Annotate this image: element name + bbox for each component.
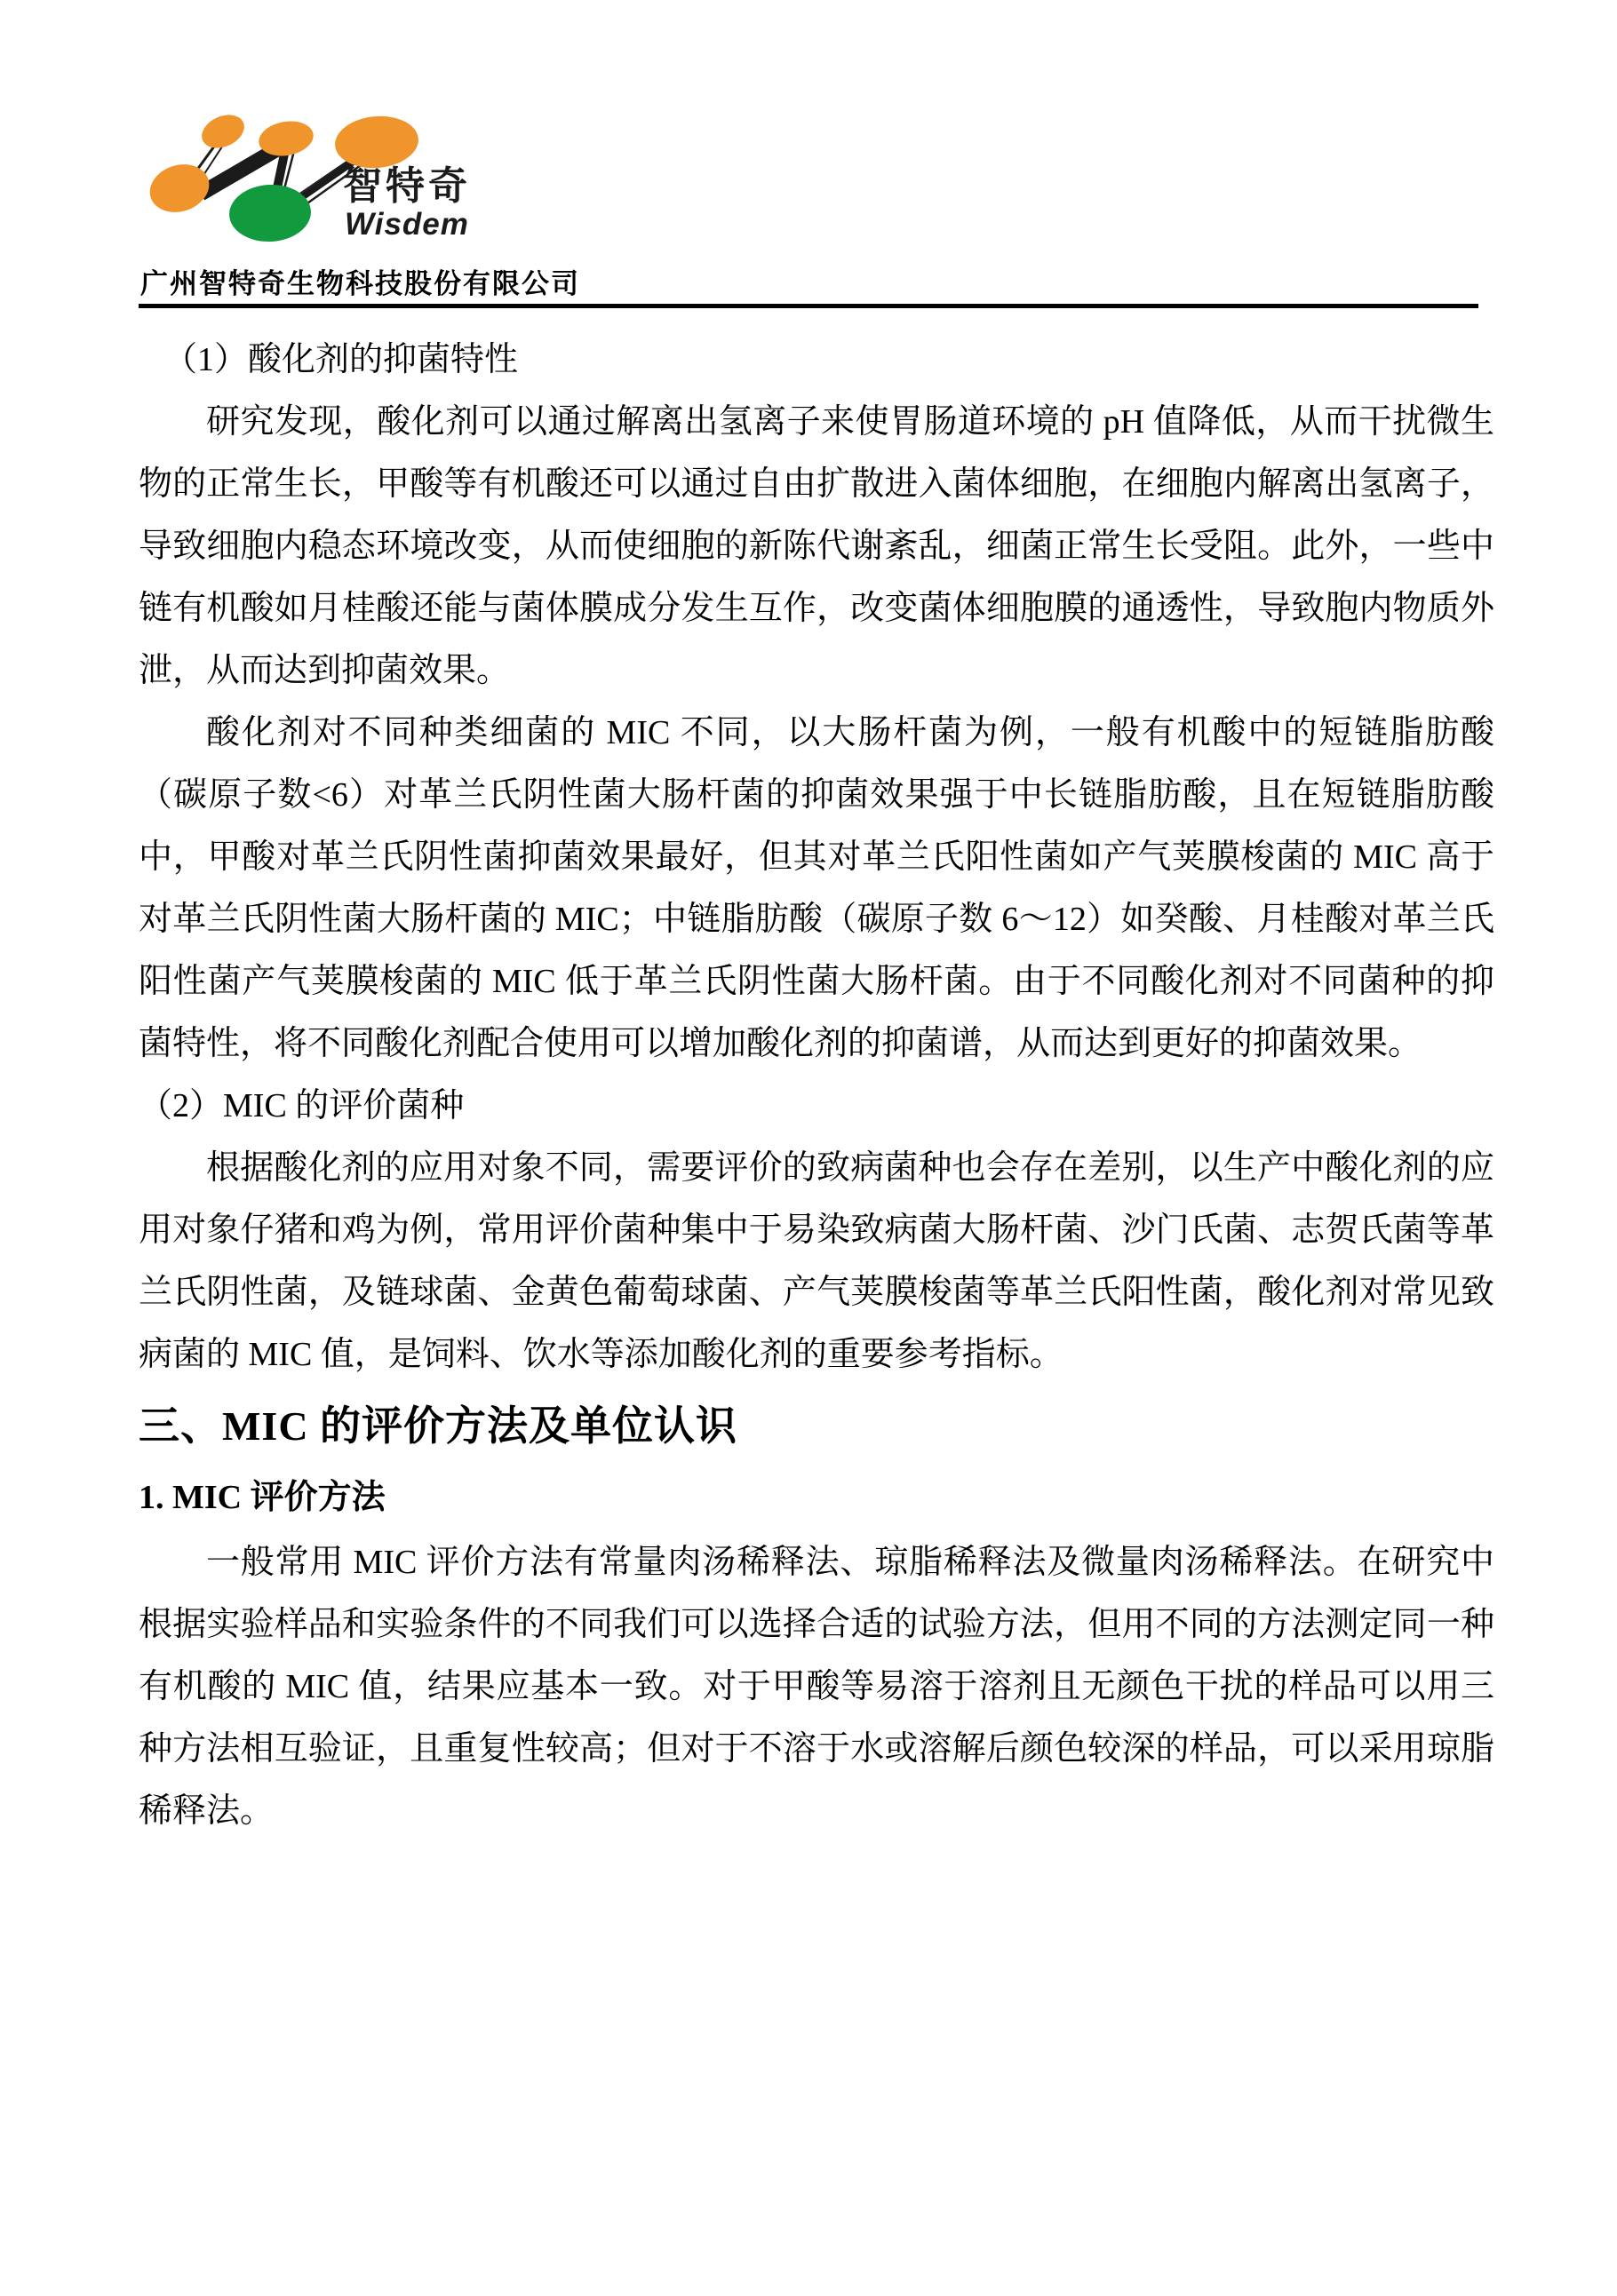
section-heading-mic-methods: 三、MIC 的评价方法及单位认识 xyxy=(139,1389,1494,1464)
logo-brand-en-text: Wisdem xyxy=(345,207,469,242)
logo-brand-cn-text: 智特奇 xyxy=(343,164,471,208)
list-heading-evaluation-strains: （2）MIC 的评价菌种 xyxy=(139,1075,1494,1137)
logo-ellipse-green xyxy=(227,183,312,244)
list-heading-antibacterial: （1）酸化剂的抑菌特性 xyxy=(139,329,1494,391)
company-name: 广州智特奇生物科技股份有限公司 xyxy=(140,261,580,301)
logo-ellipse-small-orange xyxy=(196,108,250,154)
document-page: 智特奇 Wisdem 广州智特奇生物科技股份有限公司 （1）酸化剂的抑菌特性 研… xyxy=(0,0,1617,2296)
paragraph-evaluation-strains: 根据酸化剂的应用对象不同，需要评价的致病菌种也会存在差别，以生产中酸化剂的应用对… xyxy=(139,1137,1494,1386)
document-body: （1）酸化剂的抑菌特性 研究发现，酸化剂可以通过解离出氢离子来使胃肠道环境的 p… xyxy=(139,329,1494,1842)
subsection-heading-mic-method: 1. MIC 评价方法 xyxy=(139,1464,1494,1531)
paragraph-antibacterial-mechanism: 研究发现，酸化剂可以通过解离出氢离子来使胃肠道环境的 pH 值降低，从而干扰微生… xyxy=(139,391,1494,702)
paragraph-mic-evaluation-methods: 一般常用 MIC 评价方法有常量肉汤稀释法、琼脂稀释法及微量肉汤稀释法。在研究中… xyxy=(139,1531,1494,1842)
paragraph-mic-differences: 酸化剂对不同种类细菌的 MIC 不同，以大肠杆菌为例，一般有机酸中的短链脂肪酸（… xyxy=(139,702,1494,1075)
header-divider xyxy=(139,304,1478,308)
logo-ellipse-left-orange xyxy=(144,157,216,219)
company-logo: 智特奇 Wisdem xyxy=(133,64,515,250)
